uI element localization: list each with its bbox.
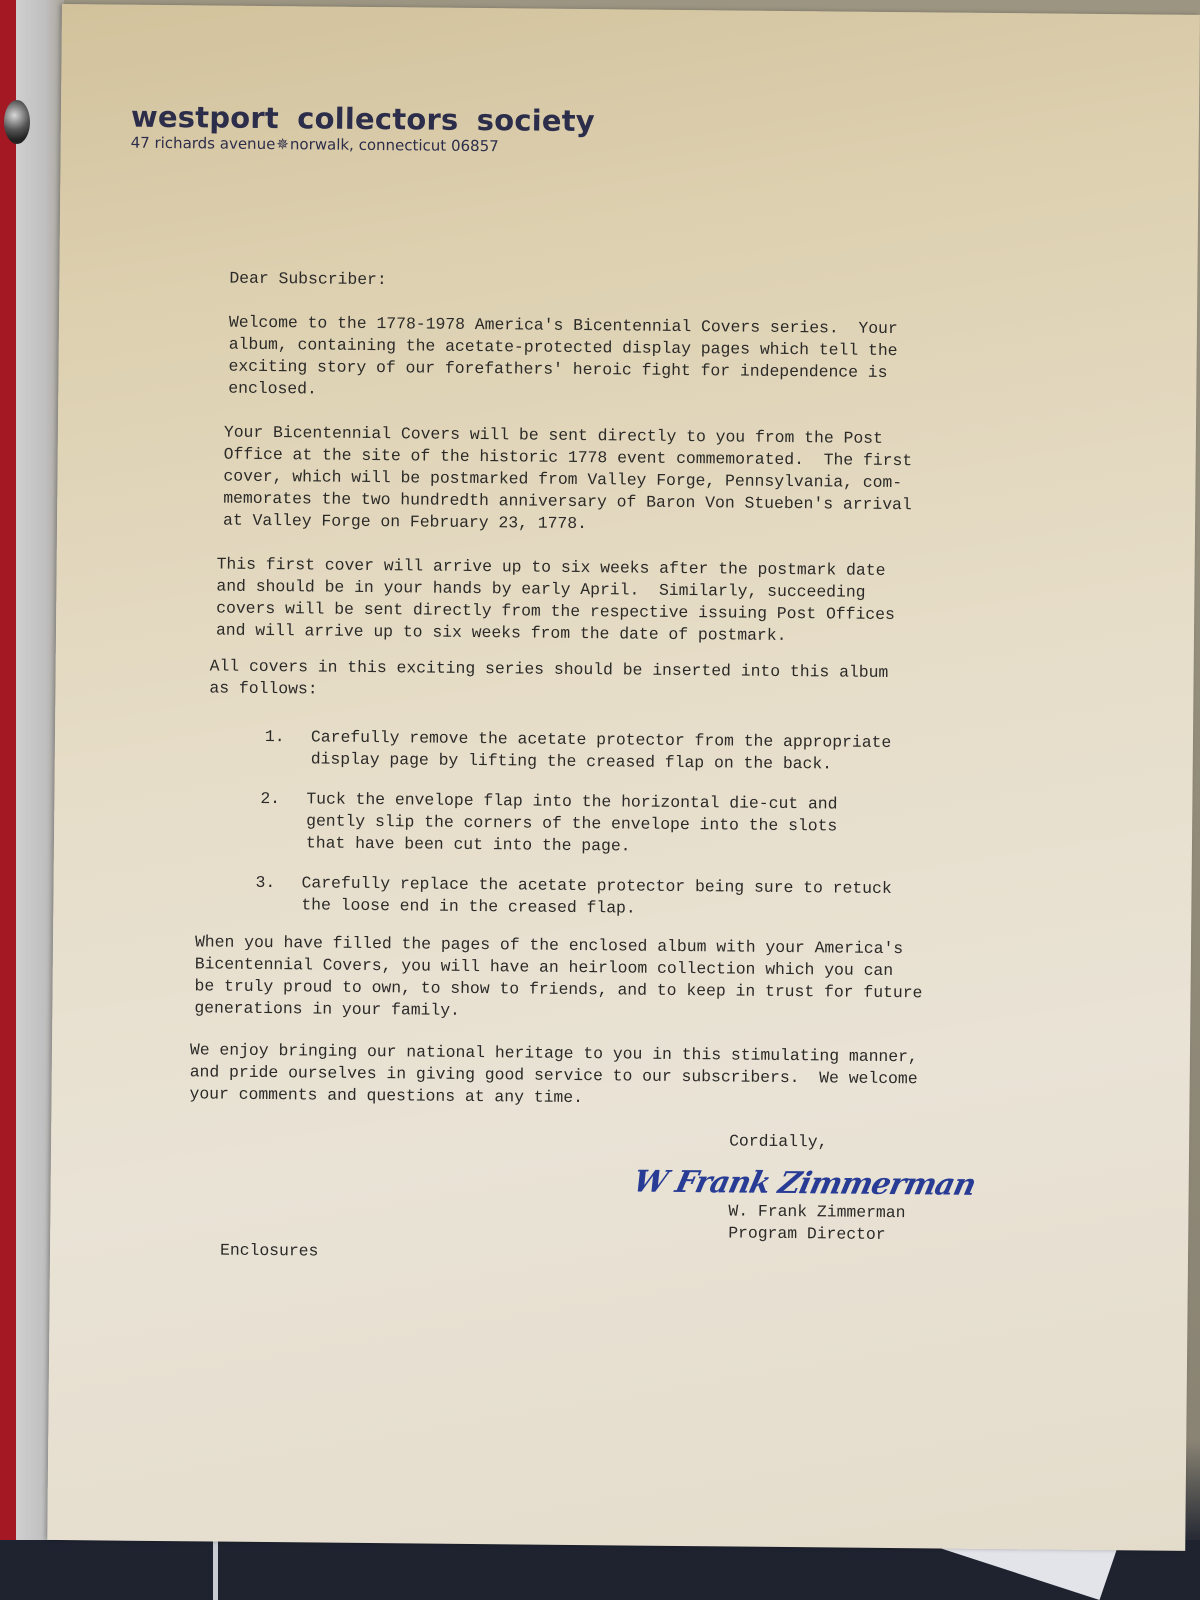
- list-item: 1. Carefully remove the acetate protecto…: [265, 726, 1065, 778]
- signer-title: Program Director: [728, 1222, 1060, 1247]
- list-text: Tuck the envelope flap into the horizont…: [306, 788, 838, 859]
- letterhead: westport collectors society 47 richards …: [131, 101, 595, 157]
- list-item: 3. Carefully replace the acetate protect…: [255, 872, 1063, 924]
- handwritten-signature: W Frank Zimmerman: [630, 1166, 978, 1203]
- binder-ring-icon: [4, 100, 30, 144]
- instruction-list: 1. Carefully remove the acetate protecto…: [263, 726, 1065, 924]
- asterisk-star-icon: ✵: [276, 134, 289, 154]
- paragraph-heirloom: When you have filled the pages of the en…: [194, 931, 1063, 1027]
- organization-name: westport collectors society: [131, 101, 595, 137]
- list-text: Carefully replace the acetate protector …: [301, 872, 892, 922]
- list-number: 3.: [255, 872, 301, 916]
- paragraph-heritage: We enjoy bringing our national heritage …: [189, 1039, 1062, 1113]
- signer-name: W. Frank Zimmerman: [728, 1200, 1060, 1225]
- paragraph-arrival: This first cover will arrive up to six w…: [216, 554, 1067, 650]
- paragraph-welcome: Welcome to the 1778-1978 America's Bicen…: [228, 312, 1069, 408]
- list-item: 2. Tuck the envelope flap into the horiz…: [260, 788, 1065, 862]
- address-city: norwalk, connecticut 06857: [290, 135, 499, 155]
- binder-cover: [0, 0, 16, 1560]
- closing: Cordially,: [729, 1130, 1061, 1155]
- letter-body: Dear Subscriber: Welcome to the 1778-197…: [220, 268, 1070, 1270]
- signature-block: Cordially, W Frank Zimmerman W. Frank Zi…: [728, 1130, 1061, 1247]
- letter-page: westport collectors society 47 richards …: [47, 4, 1200, 1551]
- paragraph-delivery: Your Bicentennial Covers will be sent di…: [223, 422, 1068, 540]
- list-number: 2.: [260, 788, 307, 854]
- list-text: Carefully remove the acetate protector f…: [311, 726, 892, 776]
- background-pole: [213, 1535, 218, 1600]
- list-number: 1.: [265, 726, 311, 770]
- address-street: 47 richards avenue: [131, 134, 276, 153]
